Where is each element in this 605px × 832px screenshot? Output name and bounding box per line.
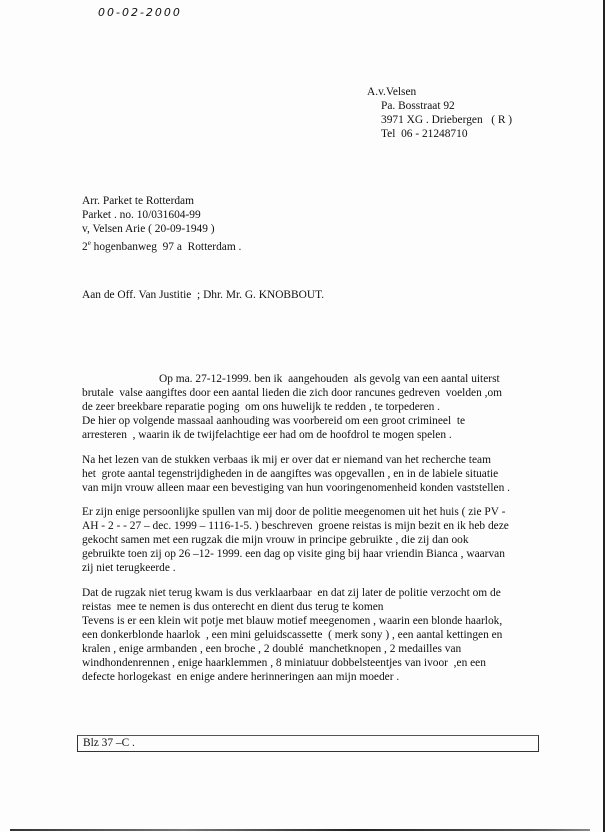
recipient-address: Arr. Parket te Rotterdam Parket . no. 10… — [82, 194, 241, 254]
paragraph-line: het grote aantal tegenstrijdigheden in d… — [82, 467, 552, 481]
paragraph-line: Op ma. 27-12-1999. ben ik aangehouden al… — [82, 372, 552, 386]
paragraph-line: zij niet terugkeerde . — [82, 561, 552, 575]
paragraph-line: Tevens is er een klein wit potje met bla… — [82, 614, 552, 628]
paragraph-line: gekocht samen met een rugzak die mijn vr… — [82, 533, 552, 547]
paragraph-line: arresteren , waarin ik de twijfelachtige… — [82, 428, 552, 442]
page-footer-box: Blz 37 –C . — [77, 735, 539, 752]
paragraph-line: reistas mee te nemen is dus onterecht en… — [82, 600, 552, 614]
paragraph-line: de zeer breekbare reparatie poging om on… — [82, 400, 552, 414]
paragraph-line: windhondenrennen , enige haarklemmen , 8… — [82, 656, 552, 670]
paragraph-3: Er zijn enige persoonlijke spullen van m… — [82, 505, 552, 575]
street-rest: hogenbanweg 97 a Rotterdam . — [91, 241, 242, 253]
paragraph-2: Na het lezen van de stukken verbaas ik m… — [82, 453, 552, 495]
recipient-line-2: Parket . no. 10/031604-99 — [82, 208, 241, 222]
paragraph-line: De hier op volgende massaal aanhouding w… — [82, 414, 552, 428]
page-number: Blz 37 –C . — [83, 736, 135, 750]
sender-city: 3971 XG . Driebergen ( R ) — [367, 113, 512, 127]
paragraph-line: van mijn vrouw alleen maar een bevestigi… — [82, 481, 552, 495]
paragraph-line: brutale valse aangiftes door een aantal … — [82, 386, 552, 400]
paragraph-line: een donkerblonde haarlok , een mini gelu… — [82, 628, 552, 642]
paragraph-4: Dat de rugzak niet terug kwam is dus ver… — [82, 586, 552, 684]
paragraph-1: Op ma. 27-12-1999. ben ik aangehouden al… — [82, 372, 552, 442]
scan-bottom-edge — [10, 829, 590, 831]
handwritten-date: 00-02-2000 — [98, 6, 182, 20]
paragraph-line: Na het lezen van de stukken verbaas ik m… — [82, 453, 552, 467]
recipient-line-3: v, Velsen Arie ( 20-09-1949 ) — [82, 222, 241, 236]
sender-name: A.v.Velsen — [367, 85, 512, 99]
sender-address: A.v.Velsen Pa. Bosstraat 92 3971 XG . Dr… — [367, 85, 512, 141]
paragraph-line: AH - 2 - - 27 – dec. 1999 – 1116-1-5. ) … — [82, 519, 552, 533]
recipient-line-1: Arr. Parket te Rotterdam — [82, 194, 241, 208]
sender-street: Pa. Bosstraat 92 — [367, 99, 512, 113]
recipient-line-4: 2e hogenbanweg 97 a Rotterdam . — [82, 236, 241, 254]
paragraph-line: defecte horlogekast en enige andere heri… — [82, 670, 552, 684]
paragraph-line: kralen , enige armbanden , een broche , … — [82, 642, 552, 656]
sender-phone: Tel 06 - 21248710 — [367, 127, 512, 141]
salutation: Aan de Off. Van Justitie ; Dhr. Mr. G. K… — [82, 288, 324, 302]
paragraph-line: Dat de rugzak niet terug kwam is dus ver… — [82, 586, 552, 600]
paragraph-line: gebruikte toen zij op 26 –12- 1999. een … — [82, 547, 552, 561]
paragraph-line: Er zijn enige persoonlijke spullen van m… — [82, 505, 552, 519]
